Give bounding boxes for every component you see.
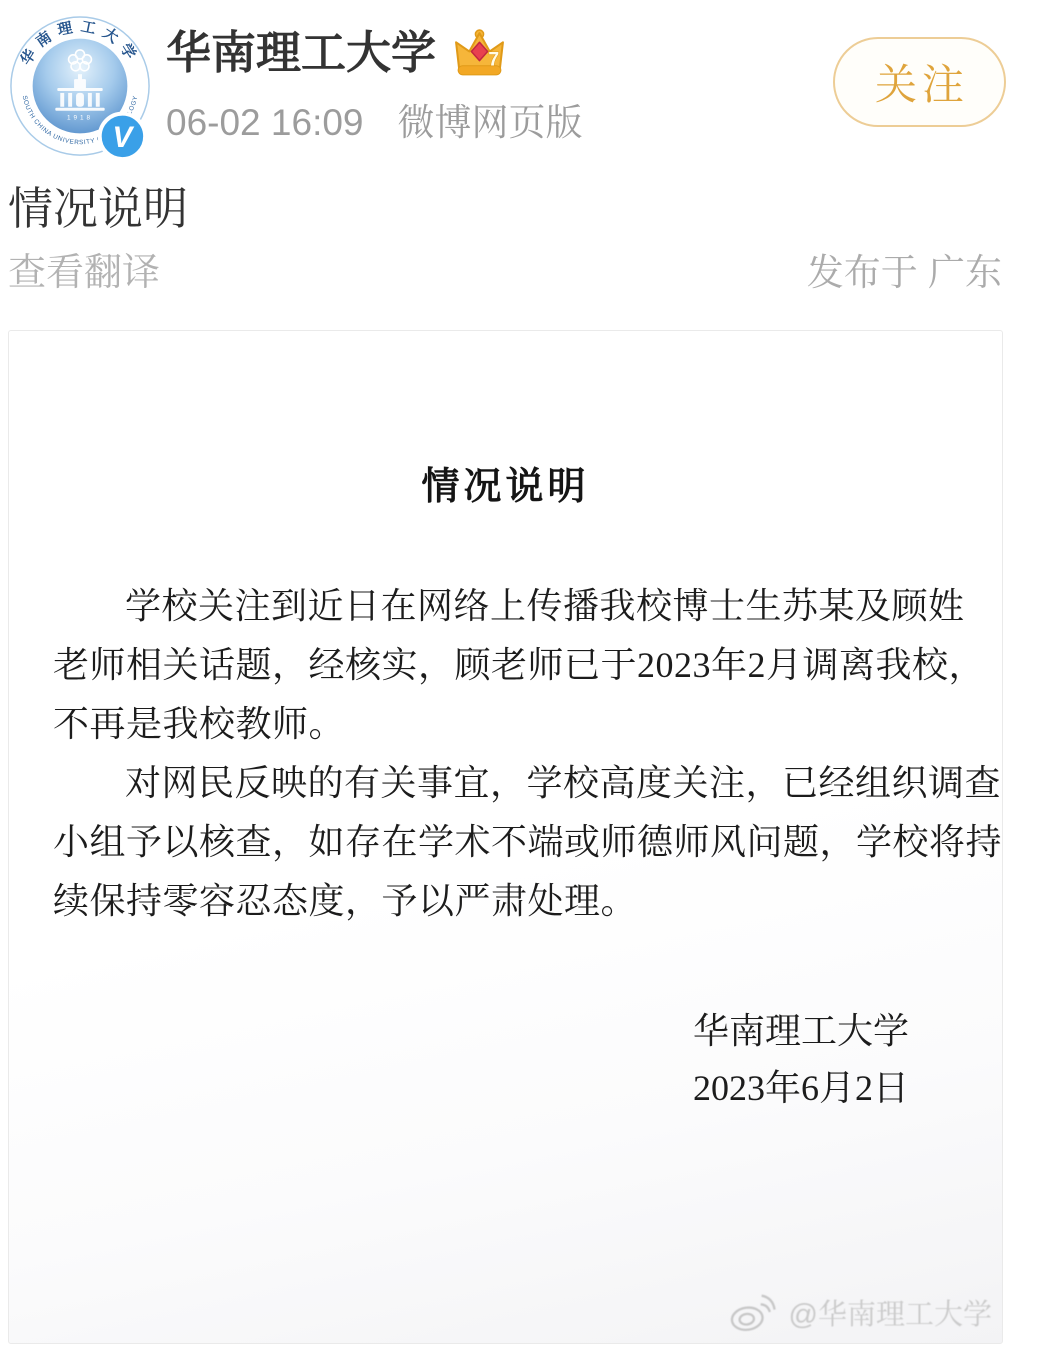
post-source: 微博网页版 <box>398 102 583 144</box>
timestamp: 06-02 16:09 <box>166 102 364 144</box>
username[interactable]: 华南理工大学 <box>166 27 436 79</box>
follow-button[interactable]: 关注 <box>833 37 1006 127</box>
document-line: 不再是我校教师。 <box>53 695 963 754</box>
document-signature-block: 华南理工大学 2023年6月2日 <box>693 1003 909 1117</box>
document-line: 老师相关话题，经核实，顾老师已于2023年2月调离我校， <box>53 636 963 695</box>
document-line: 学校关注到近日在网络上传播我校博士生苏某及顾姓 <box>53 577 963 636</box>
document-line: 对网民反映的有关事宜，学校高度关注，已经组织调查 <box>53 754 963 813</box>
vip-level-number: 7 <box>488 49 499 71</box>
vip-crown-icon[interactable]: 7 <box>452 28 507 79</box>
post-text: 情况说明 <box>8 183 188 235</box>
translate-link[interactable]: 查看翻译 <box>8 251 160 295</box>
watermark-text: @华南理工大学 <box>789 1292 992 1333</box>
document-title: 情况说明 <box>9 455 1002 510</box>
weibo-logo-icon <box>729 1291 777 1333</box>
avatar[interactable]: 1918 华南理工大学 SOUTH CHINA UNIVERSITY OF TE… <box>6 14 154 162</box>
user-info: 华南理工大学 7 <box>166 26 507 79</box>
watermark: @华南理工大学 <box>729 1291 992 1333</box>
document-body: 学校关注到近日在网络上传播我校博士生苏某及顾姓 老师相关话题，经核实，顾老师已于… <box>53 577 963 931</box>
document-signature: 华南理工大学 <box>693 1003 909 1060</box>
verified-badge-icon: V <box>100 114 145 159</box>
post-location: 发布于 广东 <box>807 251 1002 295</box>
document-line: 小组予以核查，如存在学术不端或师德师风问题，学校将持 <box>53 813 963 872</box>
weibo-post-page: 1918 华南理工大学 SOUTH CHINA UNIVERSITY OF TE… <box>0 0 1047 1360</box>
verified-badge-letter: V <box>113 121 135 154</box>
statement-image[interactable]: 情况说明 学校关注到近日在网络上传播我校博士生苏某及顾姓 老师相关话题，经核实，… <box>8 330 1003 1344</box>
scut-logo-icon: 1918 华南理工大学 SOUTH CHINA UNIVERSITY OF TE… <box>6 14 154 162</box>
post-meta: 06-02 16:09 微博网页版 <box>166 102 583 144</box>
document-line: 续保持零容忍态度，予以严肃处理。 <box>53 872 963 931</box>
document-date: 2023年6月2日 <box>693 1060 909 1117</box>
avatar-year: 1918 <box>67 115 93 122</box>
